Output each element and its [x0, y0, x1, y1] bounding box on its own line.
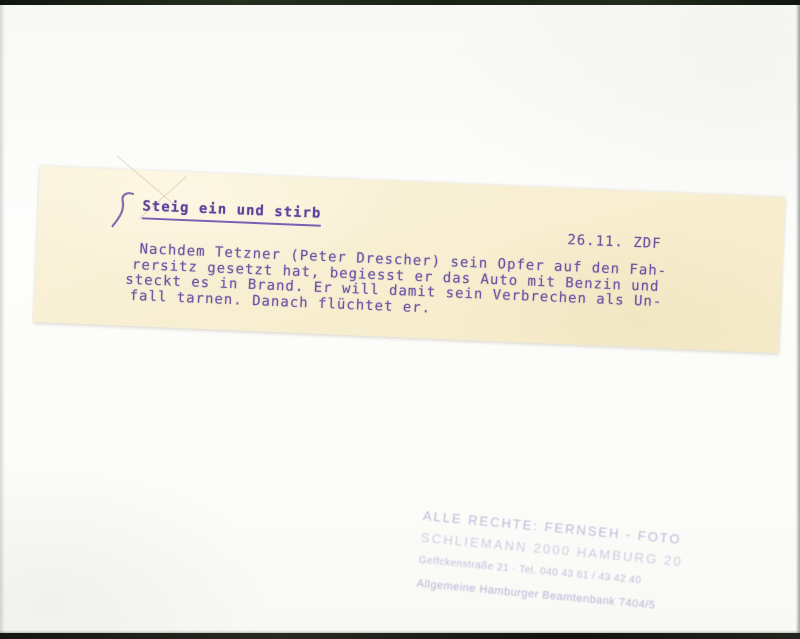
photo-left-edge	[0, 5, 5, 633]
photo-right-edge	[796, 5, 800, 633]
caption-text: Nachdem Tetzner (Peter Drescher) sein Op…	[34, 238, 667, 327]
caption-title: Steig ein und stirb	[142, 198, 322, 226]
handwritten-mark-stroke	[111, 191, 137, 230]
caption-slip: Steig ein und stirb 26.11. ZDF Nachdem T…	[33, 166, 785, 353]
broadcast-date: 26.11. ZDF	[567, 232, 662, 252]
handwritten-mark	[111, 191, 137, 234]
photo-top-edge	[0, 0, 800, 5]
agency-rights-stamp: ALLE RECHTE: FERNSEH - FOTO SCHLIEMANN 2…	[416, 505, 686, 615]
photo-backing: Steig ein und stirb 26.11. ZDF Nachdem T…	[0, 0, 800, 639]
photo-bottom-edge	[0, 633, 800, 639]
